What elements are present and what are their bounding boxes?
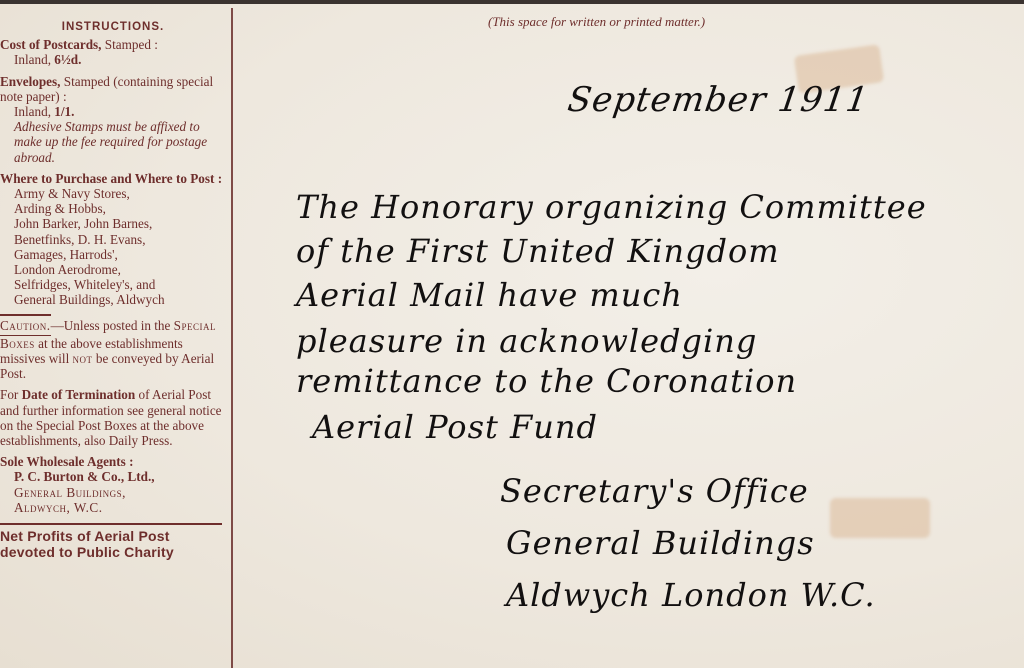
handwritten-signature-line: Aldwych London W.C. <box>506 576 876 614</box>
footer-divider <box>0 523 222 525</box>
store-item: London Aerodrome, <box>14 262 224 277</box>
envelope-inland-label: Inland, <box>14 104 54 119</box>
termination-label: Date of Termination <box>22 387 136 402</box>
handwritten-date: September 1911 <box>565 80 871 120</box>
postcard-back: INSTRUCTIONS. Cost of Postcards, Stamped… <box>0 0 1024 668</box>
store-item: John Barker, John Barnes, <box>14 216 224 231</box>
caution-label: Caution. <box>0 314 51 336</box>
handwritten-body-line: Aerial Mail have much <box>296 276 683 314</box>
purchase-heading: Where to Purchase and Where to Post : <box>0 171 224 186</box>
caution-text: —Unless posted in the <box>51 318 174 333</box>
store-item: Selfridges, Whiteley's, and <box>14 277 224 292</box>
message-area-label: (This space for written or printed matte… <box>488 14 705 30</box>
handwritten-body-line: remittance to the Coronation <box>296 362 797 400</box>
handwritten-signature-line: General Buildings <box>506 524 815 562</box>
charity-footer-line-2: devoted to Public Charity <box>0 544 224 560</box>
store-item: Army & Navy Stores, <box>14 186 224 201</box>
handwritten-body-line: Aerial Post Fund <box>312 408 598 446</box>
caution-not: not <box>73 351 93 366</box>
store-item: Benetfinks, D. H. Evans, <box>14 232 224 247</box>
agent-address-line-1: General Buildings, <box>0 485 224 500</box>
agent-address-line-2: Aldwych, W.C. <box>0 500 224 515</box>
handwritten-body-line: The Honorary organizing Committee <box>296 188 927 226</box>
postcard-cost: Cost of Postcards, Stamped : Inland, 6½d… <box>0 37 224 67</box>
handwritten-body-line: pleasure in acknowledging <box>296 322 757 360</box>
termination-notice: For Date of Termination of Aerial Post a… <box>0 387 224 448</box>
store-list: Army & Navy Stores, Arding & Hobbs, John… <box>0 186 224 308</box>
envelope-inland: Inland, 1/1. <box>0 104 224 119</box>
termination-prefix: For <box>0 387 22 402</box>
instructions-column: INSTRUCTIONS. Cost of Postcards, Stamped… <box>0 8 224 668</box>
adhesive-stamps-note: Adhesive Stamps must be affixed to make … <box>0 119 224 165</box>
where-to-purchase: Where to Purchase and Where to Post : Ar… <box>0 171 224 308</box>
stain-bottom-right <box>830 498 930 538</box>
agent-name: P. C. Burton & Co., Ltd., <box>0 469 224 484</box>
postcard-inland-label: Inland, <box>14 52 54 67</box>
envelope-price: 1/1. <box>54 104 74 119</box>
handwritten-body-line: of the First United Kingdom <box>296 232 780 270</box>
postcard-cost-label: Cost of Postcards, <box>0 37 101 52</box>
card-top-edge <box>0 0 1024 4</box>
caution-notice: Caution.—Unless posted in the Special Bo… <box>0 314 224 382</box>
store-item: General Buildings, Aldwych <box>14 292 224 307</box>
postcard-cost-text: Stamped : <box>101 37 157 52</box>
column-divider <box>231 8 233 668</box>
handwritten-signature-line: Secretary's Office <box>500 472 809 510</box>
wholesale-agents: Sole Wholesale Agents : P. C. Burton & C… <box>0 454 224 515</box>
store-item: Arding & Hobbs, <box>14 201 224 216</box>
envelope-cost: Envelopes, Stamped (containing special n… <box>0 74 224 165</box>
store-item: Gamages, Harrods', <box>14 247 224 262</box>
charity-footer: Net Profits of Aerial Post devoted to Pu… <box>0 528 224 560</box>
postcard-inland: Inland, 6½d. <box>0 52 224 67</box>
instructions-heading: INSTRUCTIONS. <box>58 20 168 35</box>
envelope-cost-label: Envelopes, <box>0 74 60 89</box>
agents-heading: Sole Wholesale Agents : <box>0 454 224 469</box>
postcard-price: 6½d. <box>54 52 81 67</box>
charity-footer-line-1: Net Profits of Aerial Post <box>0 528 224 544</box>
